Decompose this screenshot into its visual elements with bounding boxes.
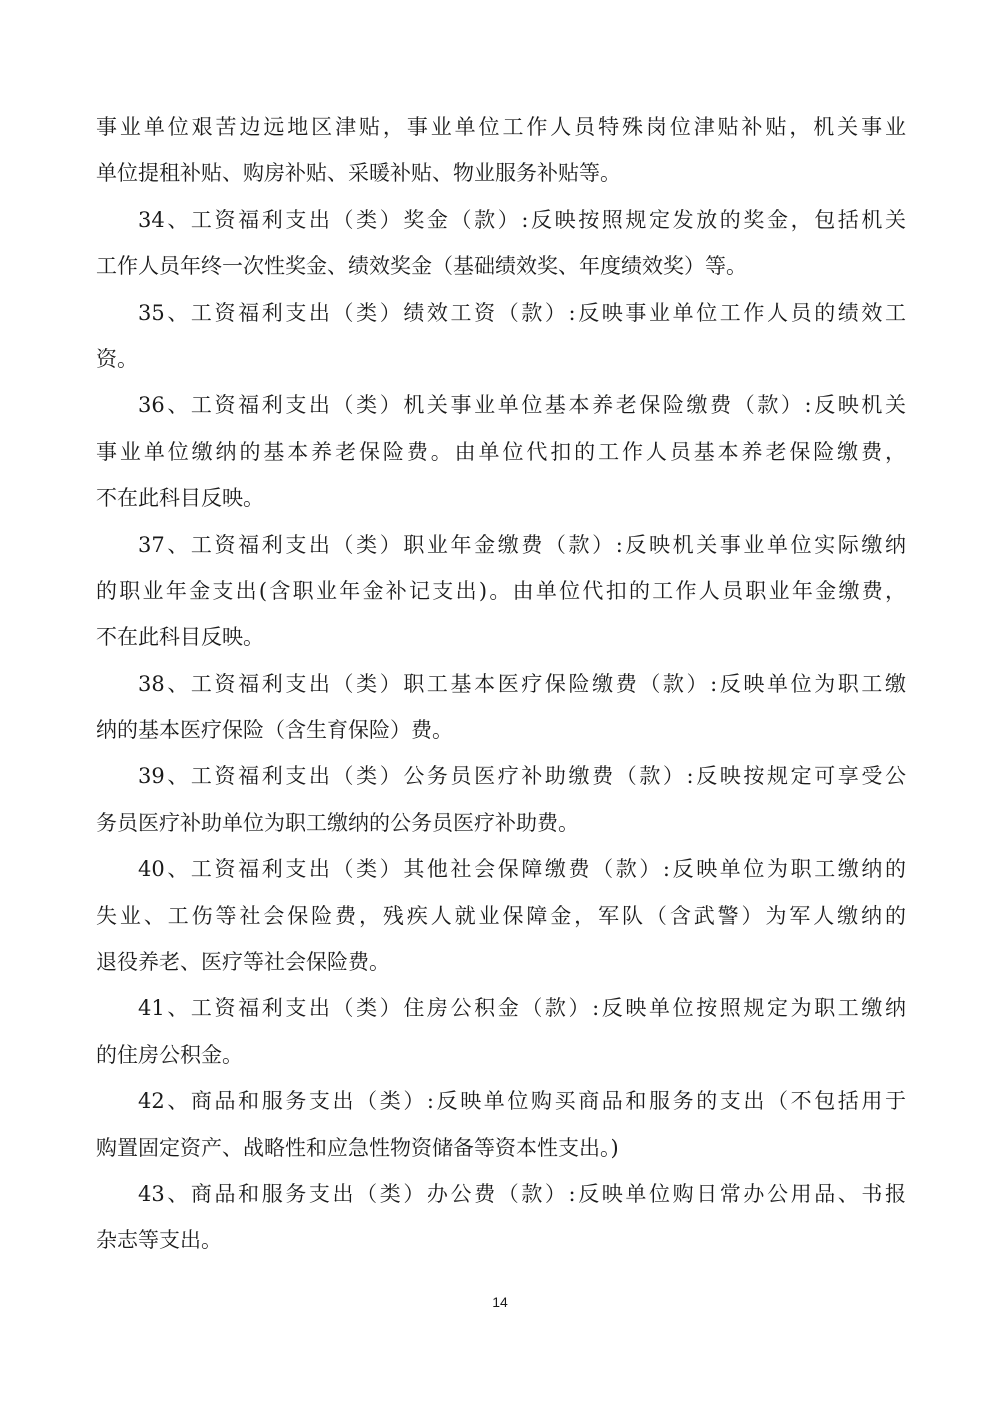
text-line: 37、工资福利支出（类）职业年金缴费（款）:反映机关事业单位实际缴纳 xyxy=(96,522,906,568)
page-number: 14 xyxy=(0,1294,1000,1310)
text-line: 40、工资福利支出（类）其他社会保障缴费（款）:反映单位为职工缴纳的 xyxy=(96,846,906,892)
text-line: 38、工资福利支出（类）职工基本医疗保险缴费（款）:反映单位为职工缴 xyxy=(96,661,906,707)
paragraph-item-39: 39、工资福利支出（类）公务员医疗补助缴费（款）:反映按规定可享受公 务员医疗补… xyxy=(96,753,906,846)
document-body: 事业单位艰苦边远地区津贴，事业单位工作人员特殊岗位津贴补贴，机关事业 单位提租补… xyxy=(96,104,906,1264)
text-line: 工作人员年终一次性奖金、绩效奖金（基础绩效奖、年度绩效奖）等。 xyxy=(96,243,906,289)
text-line: 退役养老、医疗等社会保险费。 xyxy=(96,939,906,985)
text-line: 杂志等支出。 xyxy=(96,1217,906,1263)
paragraph-item-38: 38、工资福利支出（类）职工基本医疗保险缴费（款）:反映单位为职工缴 纳的基本医… xyxy=(96,661,906,754)
text-line: 购置固定资产、战略性和应急性物资储备等资本性支出。) xyxy=(96,1125,906,1171)
text-line: 资。 xyxy=(96,336,906,382)
text-line: 不在此科目反映。 xyxy=(96,475,906,521)
text-line: 纳的基本医疗保险（含生育保险）费。 xyxy=(96,707,906,753)
text-line: 事业单位缴纳的基本养老保险费。由单位代扣的工作人员基本养老保险缴费， xyxy=(96,429,906,475)
text-line: 34、工资福利支出（类）奖金（款）:反映按照规定发放的奖金，包括机关 xyxy=(96,197,906,243)
text-line: 36、工资福利支出（类）机关事业单位基本养老保险缴费（款）:反映机关 xyxy=(96,382,906,428)
paragraph-continuation: 事业单位艰苦边远地区津贴，事业单位工作人员特殊岗位津贴补贴，机关事业 单位提租补… xyxy=(96,104,906,197)
text-line: 的职业年金支出(含职业年金补记支出)。由单位代扣的工作人员职业年金缴费， xyxy=(96,568,906,614)
paragraph-item-37: 37、工资福利支出（类）职业年金缴费（款）:反映机关事业单位实际缴纳 的职业年金… xyxy=(96,522,906,661)
text-line: 事业单位艰苦边远地区津贴，事业单位工作人员特殊岗位津贴补贴，机关事业 xyxy=(96,104,906,150)
text-line: 43、商品和服务支出（类）办公费（款）:反映单位购日常办公用品、书报 xyxy=(96,1171,906,1217)
paragraph-item-41: 41、工资福利支出（类）住房公积金（款）:反映单位按照规定为职工缴纳 的住房公积… xyxy=(96,985,906,1078)
text-line: 的住房公积金。 xyxy=(96,1032,906,1078)
paragraph-item-43: 43、商品和服务支出（类）办公费（款）:反映单位购日常办公用品、书报 杂志等支出… xyxy=(96,1171,906,1264)
text-line: 42、商品和服务支出（类）:反映单位购买商品和服务的支出（不包括用于 xyxy=(96,1078,906,1124)
paragraph-item-40: 40、工资福利支出（类）其他社会保障缴费（款）:反映单位为职工缴纳的 失业、工伤… xyxy=(96,846,906,985)
text-line: 41、工资福利支出（类）住房公积金（款）:反映单位按照规定为职工缴纳 xyxy=(96,985,906,1031)
text-line: 单位提租补贴、购房补贴、采暖补贴、物业服务补贴等。 xyxy=(96,150,906,196)
text-line: 35、工资福利支出（类）绩效工资（款）:反映事业单位工作人员的绩效工 xyxy=(96,290,906,336)
text-line: 务员医疗补助单位为职工缴纳的公务员医疗补助费。 xyxy=(96,800,906,846)
paragraph-item-42: 42、商品和服务支出（类）:反映单位购买商品和服务的支出（不包括用于 购置固定资… xyxy=(96,1078,906,1171)
text-line: 失业、工伤等社会保险费，残疾人就业保障金，军队（含武警）为军人缴纳的 xyxy=(96,893,906,939)
text-line: 不在此科目反映。 xyxy=(96,614,906,660)
text-line: 39、工资福利支出（类）公务员医疗补助缴费（款）:反映按规定可享受公 xyxy=(96,753,906,799)
paragraph-item-34: 34、工资福利支出（类）奖金（款）:反映按照规定发放的奖金，包括机关 工作人员年… xyxy=(96,197,906,290)
paragraph-item-36: 36、工资福利支出（类）机关事业单位基本养老保险缴费（款）:反映机关 事业单位缴… xyxy=(96,382,906,521)
paragraph-item-35: 35、工资福利支出（类）绩效工资（款）:反映事业单位工作人员的绩效工 资。 xyxy=(96,290,906,383)
